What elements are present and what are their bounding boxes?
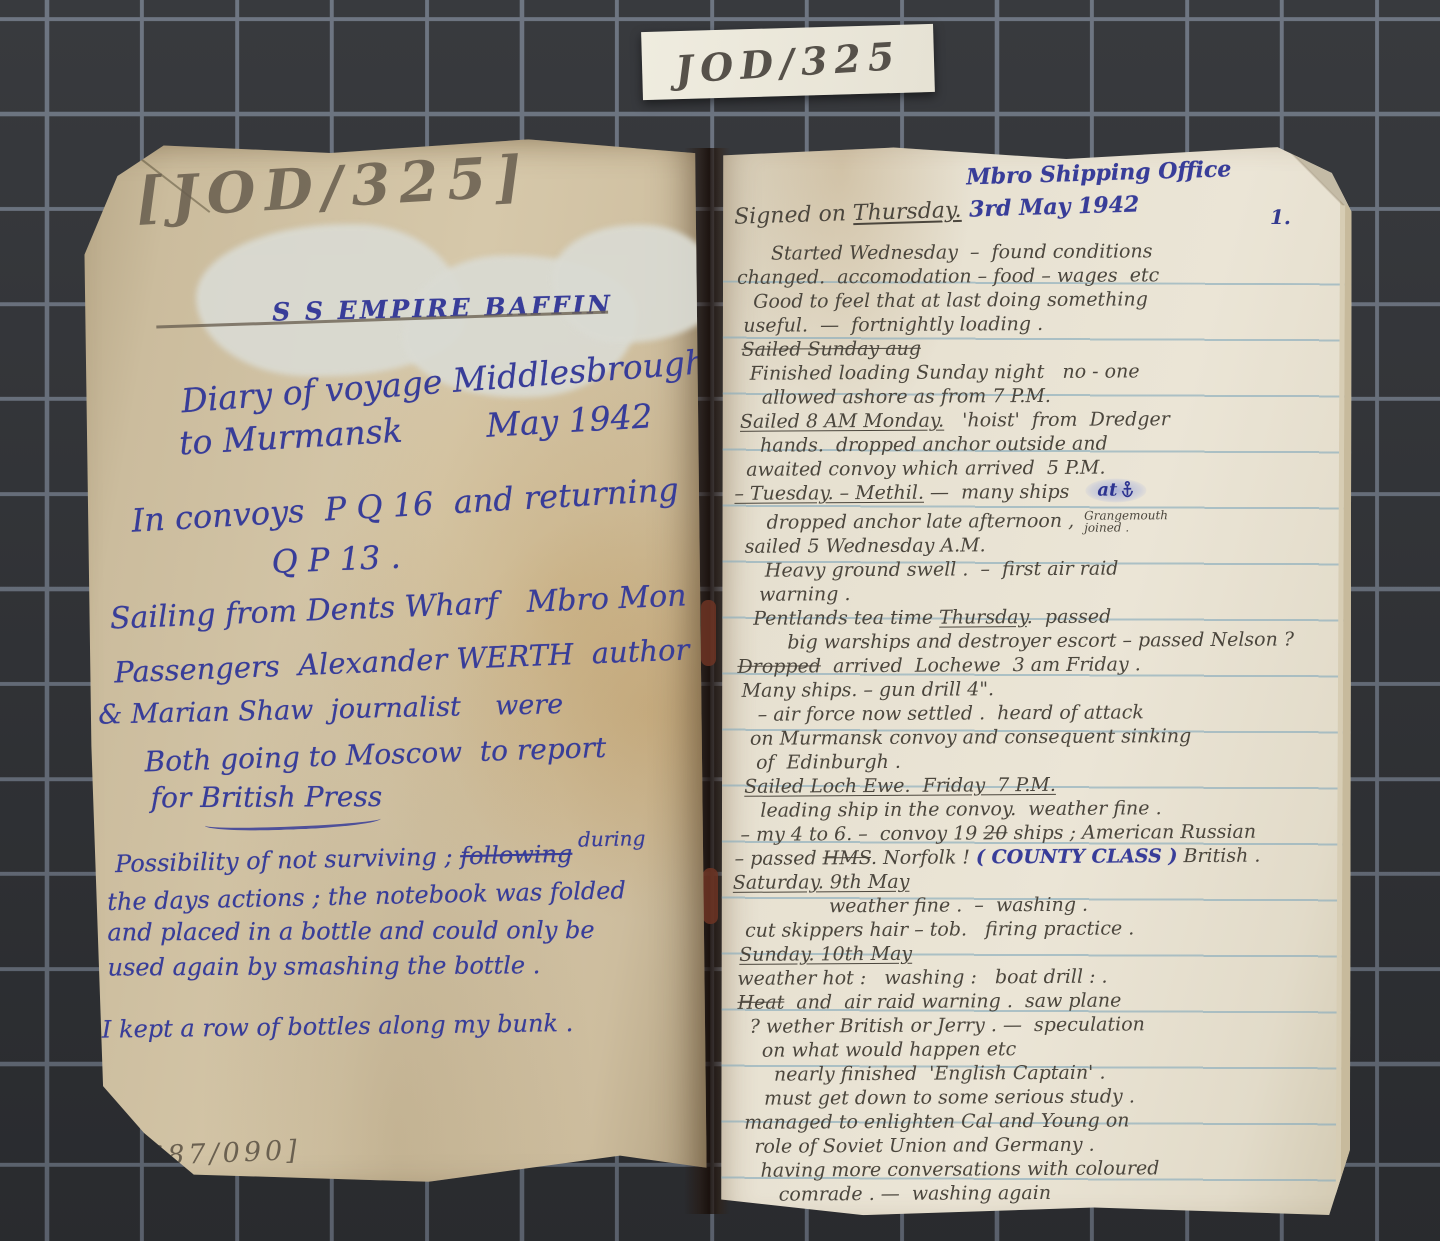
line-segment: ships ; American Russian — [1007, 821, 1256, 845]
shipping-office-header: Mbro Shipping Office — [966, 156, 1232, 190]
diary-line: big warships and destroyer escort – pass… — [787, 627, 1339, 654]
inserted-word: during — [578, 826, 646, 852]
struck-word: following — [460, 840, 573, 871]
diary-line: cut skippers hair – tob. firing practice… — [745, 915, 1341, 943]
line-segment: . passed — [1027, 606, 1112, 629]
diary-line: Many ships. – gun drill 4". — [742, 675, 1340, 703]
diary-line: warning . — [759, 579, 1339, 607]
passengers-line: Passengers Alexander WERTH author — [114, 632, 690, 689]
signed-on-line: Signed on Thursday. 3rd May 1942 — [734, 191, 1140, 229]
underlined-segment: – Tuesday. – Methil. — [734, 482, 924, 505]
diary-line: changed. accomodation – food – wages etc — [737, 262, 1337, 290]
line-segment: 'hoist' from Dredger — [944, 408, 1170, 431]
anchor-icon — [1120, 480, 1134, 498]
archive-reference-text: JOD/325 — [674, 32, 903, 91]
line-segment: dropped anchor late afternoon , — [767, 510, 1075, 534]
right-page-diary: Mbro Shipping Office Signed on Thursday.… — [710, 145, 1355, 1220]
line-segment: British . — [1177, 845, 1260, 868]
bottle-note-line: used again by smashing the bottle . — [108, 951, 541, 981]
diary-line: Heat and air raid warning . saw plane — [737, 987, 1341, 1015]
diary-line: – my 4 to 6. – convoy 19 20 ships ; Amer… — [740, 819, 1340, 847]
diary-line: Sailed 8 AM Monday. 'hoist' from Dredger — [740, 406, 1338, 434]
diary-line: Good to feel that at last doing somethin… — [753, 286, 1337, 314]
line-segment: — many ships — [924, 481, 1070, 504]
line-segment: Pentlands tea time — [753, 607, 939, 630]
diary-line: Started Wednesday – found conditions — [771, 238, 1337, 265]
underline-flourish — [205, 811, 381, 833]
diary-line: awaited convoy which arrived 5 P.M. — [746, 454, 1338, 482]
convoy-line: Q P 13 . — [271, 538, 402, 581]
diary-line: having more conversations with coloured — [760, 1155, 1342, 1183]
diary-line-underlined: Sailed Loch Ewe. Friday 7 P.M. — [744, 771, 1340, 799]
diary-line: hands. dropped anchor outside and — [760, 430, 1338, 458]
blot-text: at — [1097, 480, 1117, 501]
manuscript-mark: [MS87/090] — [98, 1135, 301, 1174]
diary-line: on what would happen etc — [762, 1035, 1342, 1063]
diary-line-underlined: Sunday. 10th May — [739, 939, 1341, 967]
diary-line: – air force now settled . heard of attac… — [758, 699, 1340, 727]
diary-line: sailed 5 Wednesday A.M. — [745, 531, 1339, 559]
bottle-note-line: Possibility of not surviving ; following… — [115, 838, 646, 878]
spine-binding-fragment — [703, 868, 718, 924]
diary-line-underlined: Saturday. 9th May — [733, 867, 1341, 895]
diary-line: – passed HMS. Norfolk ! ( COUNTY CLASS )… — [735, 843, 1341, 871]
photograph-of-diary: JOD/325 [JOD/325] S S EMPIRE BAFFIN Diar… — [0, 0, 1440, 1241]
signed-date: 3rd May 1942 — [961, 191, 1140, 222]
bottle-note-line: the days actions ; the notebook was fold… — [107, 876, 626, 916]
diary-line: nearly finished 'English Captain' . — [774, 1059, 1342, 1086]
struck-word: Heat — [737, 992, 784, 1014]
marginal-note: Grangemouth joined . — [1084, 509, 1204, 534]
line-segment: – my 4 to 6. – convoy 19 — [740, 822, 983, 845]
signed-prefix: Signed on — [734, 201, 854, 230]
diary-line: Pentlands tea time Thursday. passed — [753, 603, 1339, 631]
struck-word: 20 — [983, 822, 1007, 844]
blue-ink-blot: at — [1085, 478, 1146, 502]
catalog-mark: [JOD/325] — [134, 143, 532, 232]
diary-line: allowed ashore as from 7 P.M. — [762, 382, 1338, 410]
blue-ink-annotation: ( COUNTY CLASS ) — [976, 845, 1178, 868]
white-paint-patch — [552, 224, 721, 343]
struck-word: HMS — [823, 847, 872, 869]
diary-line: dropped anchor late afternoon ,Grangemou… — [766, 503, 1338, 534]
diary-entries: Started Wednesday – found conditions cha… — [729, 238, 1343, 1207]
sailing-line: Sailing from Dents Wharf Mbro Mon — [109, 578, 687, 636]
diary-line-struck: Sailed Sunday aug — [741, 334, 1337, 362]
diary-line: must get down to some serious study . — [764, 1083, 1342, 1111]
diary-line: role of Soviet Union and Germany . — [754, 1131, 1342, 1159]
diary-line: – Tuesday. – Methil. — many shipsat — [734, 478, 1338, 507]
left-page-cover: [JOD/325] S S EMPIRE BAFFIN Diary of voy… — [83, 136, 706, 1185]
note-text: Possibility of not surviving ; — [115, 842, 461, 878]
convoy-line: In convoys P Q 16 and returning — [131, 470, 680, 539]
diary-line: weather fine . – washing . — [829, 891, 1341, 918]
underlined-segment: Sailed 8 AM Monday. — [740, 410, 944, 433]
diary-line: weather hot : washing : boat drill : . — [737, 963, 1341, 991]
line-segment: and air raid warning . saw plane — [784, 989, 1121, 1013]
diary-line: comrade . — washing again — [779, 1179, 1343, 1206]
diary-line: leading ship in the convoy. weather fine… — [760, 795, 1340, 823]
dog-ear-fold — [1276, 147, 1354, 205]
line-segment: arrived Lochewe 3 am Friday . — [821, 653, 1141, 677]
diary-line: Finished loading Sunday night no - one — [750, 358, 1338, 386]
underlined-segment: Thursday — [939, 606, 1027, 629]
diary-line: Dropped arrived Lochewe 3 am Friday . — [737, 651, 1339, 679]
signed-day: Thursday. — [853, 198, 962, 226]
spine-binding-fragment — [701, 600, 716, 666]
passengers-line: & Marian Shaw journalist were — [98, 689, 564, 731]
moscow-line: for British Press — [151, 780, 383, 814]
diary-line: on Murmansk convoy and consequent sinkin… — [750, 723, 1340, 751]
diary-line: managed to enlighten Cal and Young on — [744, 1107, 1342, 1135]
struck-word: Dropped — [737, 655, 821, 678]
page-number: 1. — [1270, 205, 1291, 229]
moscow-line: Both going to Moscow to report — [144, 731, 607, 778]
line-segment: – passed — [735, 847, 823, 870]
bottle-note-line: and placed in a bottle and could only be — [107, 916, 594, 947]
diary-line: of Edinburgh . — [756, 747, 1340, 775]
diary-line: Heavy ground swell . – first air raid — [765, 555, 1339, 583]
diary-line: useful. — fortnightly loading . — [743, 310, 1337, 338]
diary-line: ? wether British or Jerry . — speculatio… — [750, 1011, 1342, 1039]
archive-reference-label: JOD/325 — [641, 24, 935, 100]
bunk-line: I kept a row of bottles along my bunk . — [102, 1009, 574, 1044]
line-segment: . Norfolk ! — [871, 846, 976, 869]
